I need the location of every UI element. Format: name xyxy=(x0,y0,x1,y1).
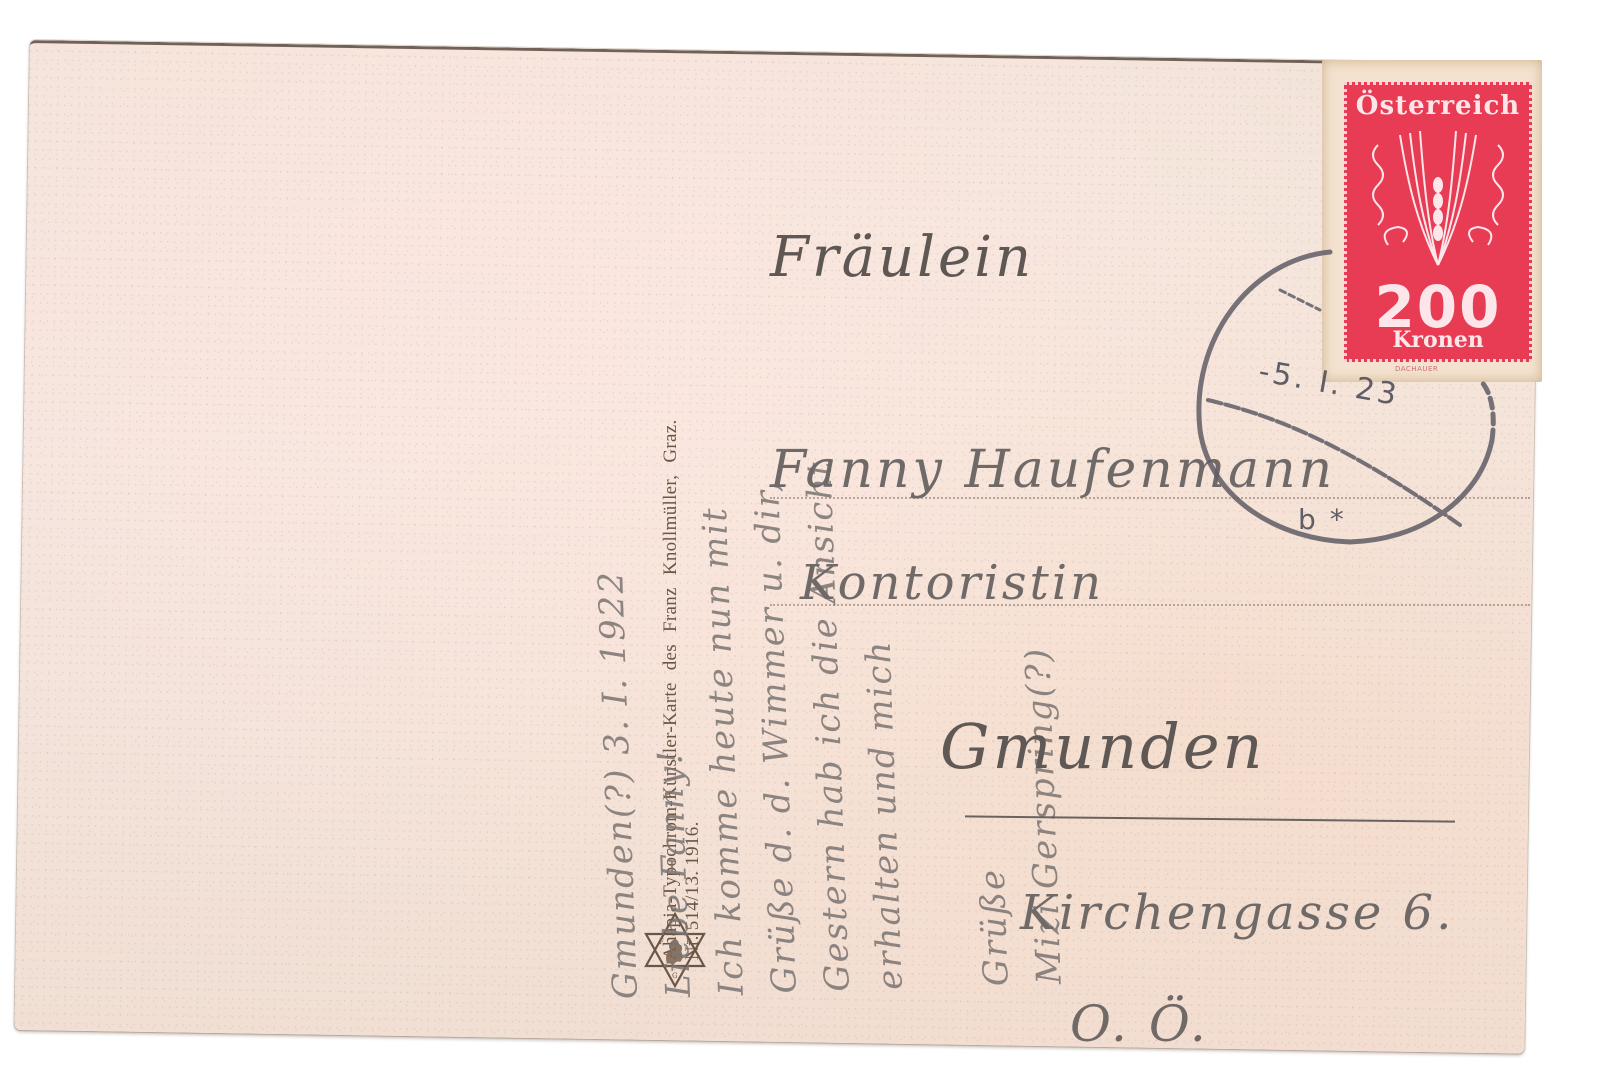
address-street: Kirchengasse 6. xyxy=(1020,885,1454,941)
stamp-design: Österreich xyxy=(1344,82,1532,362)
postmark-star-icon: * xyxy=(1330,503,1358,536)
postmark-code: b xyxy=(1298,503,1330,536)
postage-stamp: Österreich xyxy=(1322,60,1542,382)
stamp-country: Österreich xyxy=(1347,91,1529,121)
stamp-currency: Kronen xyxy=(1347,327,1529,353)
stamp-designer: DACHAUER xyxy=(1395,365,1438,373)
scan-canvas: Ahapia-Typochrom-Künstler-Karte des Fran… xyxy=(0,0,1600,1080)
address-name: Fanny Haufenmann xyxy=(770,440,1335,500)
address-city: Gmunden xyxy=(940,710,1266,783)
address-profession: Kontoristin xyxy=(800,555,1104,611)
address-salutation: Fräulein xyxy=(770,225,1034,290)
address-region: O. Ö. xyxy=(1070,995,1209,1053)
postmark-letter: b* xyxy=(1298,503,1358,536)
wheat-ear-icon xyxy=(1347,125,1529,275)
